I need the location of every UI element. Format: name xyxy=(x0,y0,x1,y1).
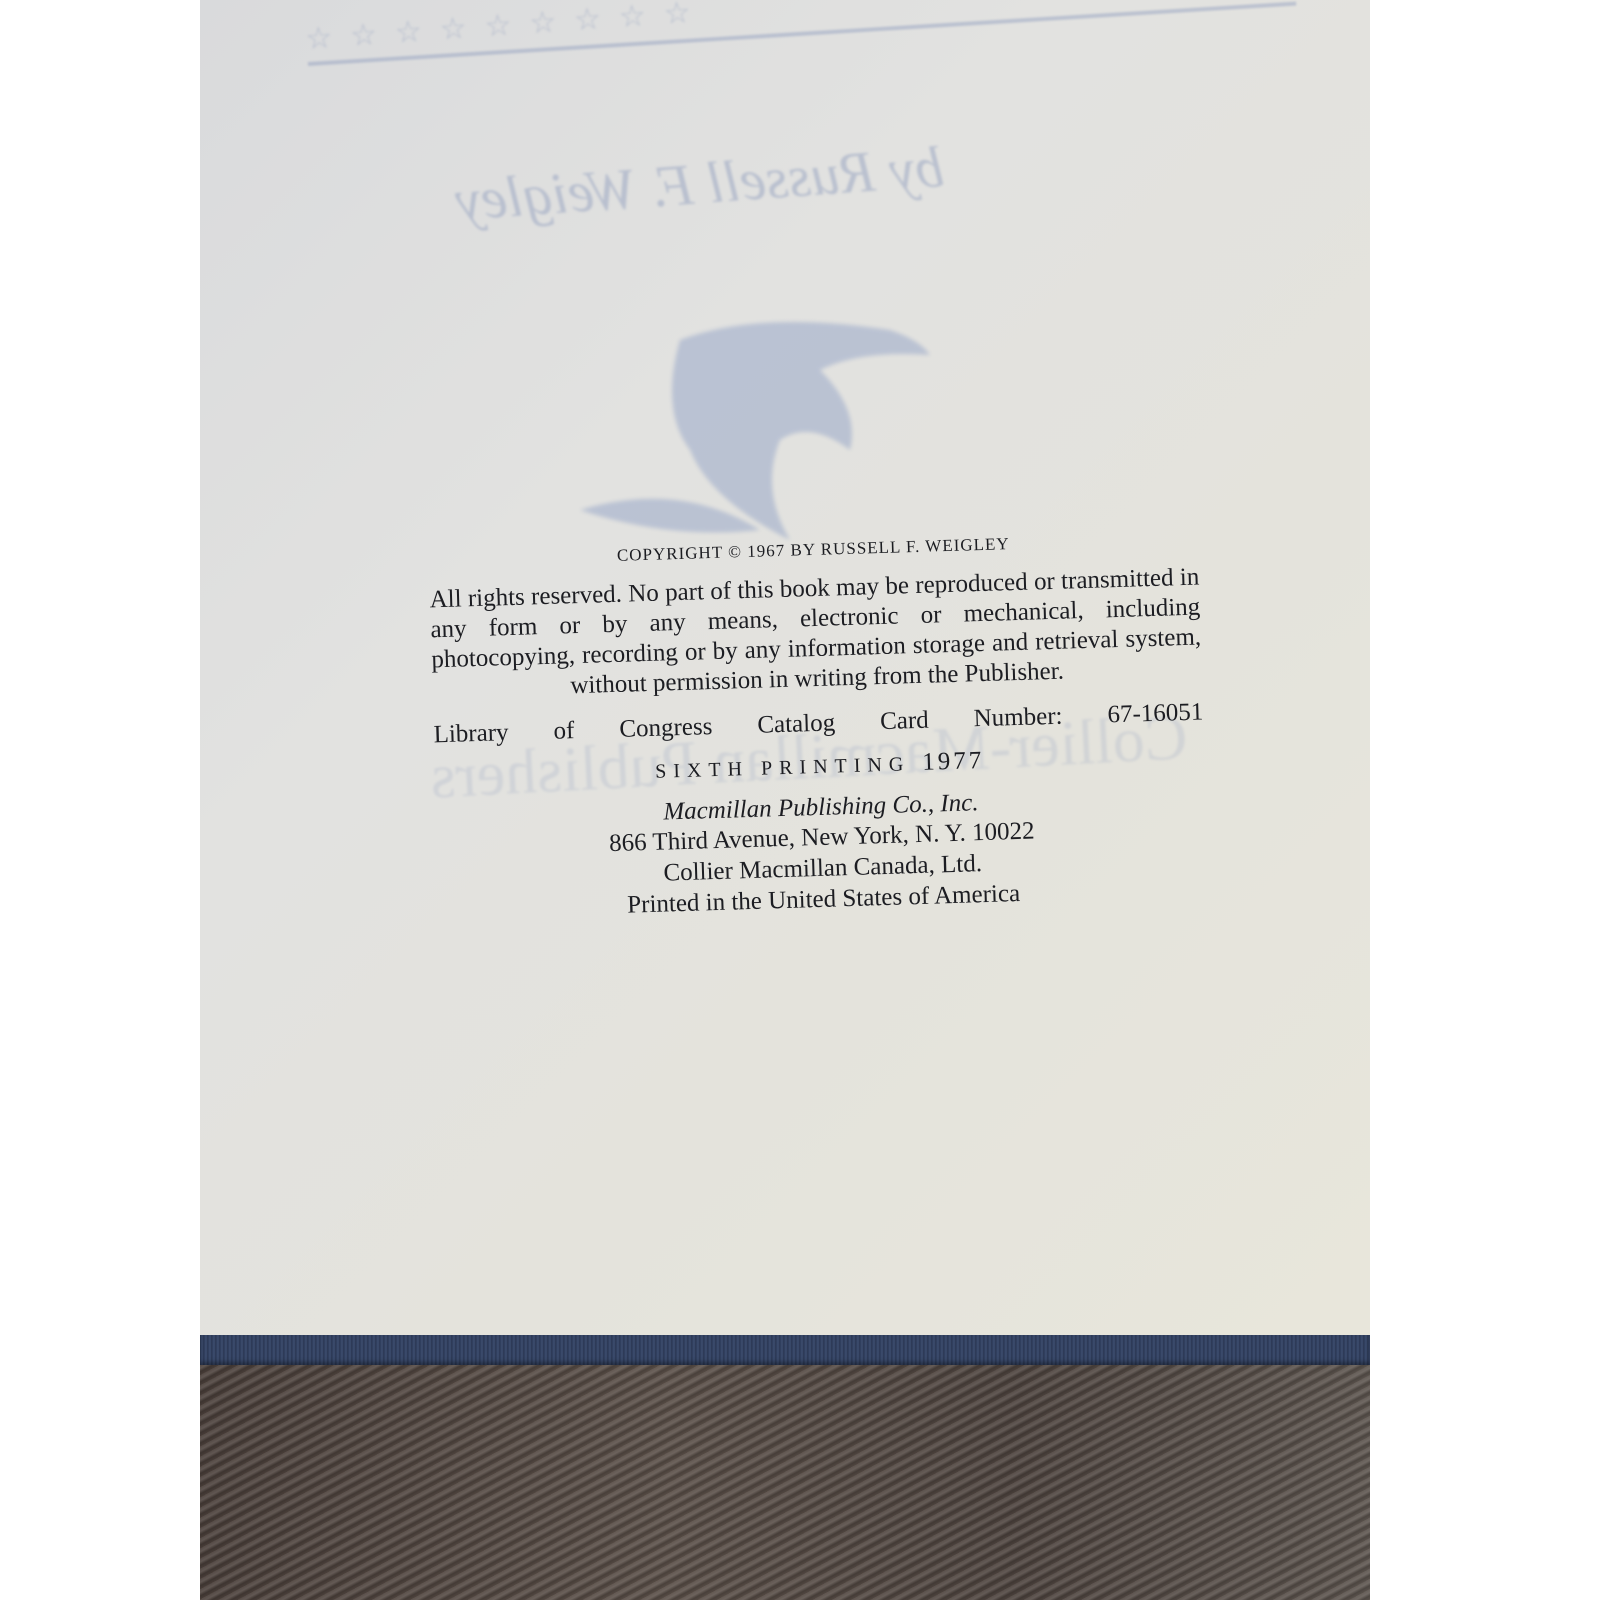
rights-statement: All rights reserved. No part of this boo… xyxy=(429,563,1202,706)
copyright-page: ☆☆☆☆☆☆☆☆☆ by Russell F. Weigley Collier-… xyxy=(200,0,1370,1335)
show-through-byline: by Russell F. Weigley xyxy=(453,133,946,234)
wooden-table-surface xyxy=(200,1365,1370,1600)
printing-line: SIXTH PRINTING 1977 xyxy=(434,740,1204,791)
printing-label: SIXTH PRINTING xyxy=(655,753,911,783)
copyright-imprint: COPYRIGHT © 1967 BY RUSSELL F. WEIGLEY A… xyxy=(428,529,1209,927)
show-through-stars: ☆☆☆☆☆☆☆☆☆ xyxy=(304,0,710,57)
library-of-congress-number: Library of Congress Catalog Card Number:… xyxy=(433,699,1203,750)
printing-year: 1977 xyxy=(922,747,985,776)
cloth-binding-edge xyxy=(200,1335,1370,1365)
eagle-emblem-icon xyxy=(560,300,980,550)
book-photo: ☆☆☆☆☆☆☆☆☆ by Russell F. Weigley Collier-… xyxy=(200,0,1370,1600)
